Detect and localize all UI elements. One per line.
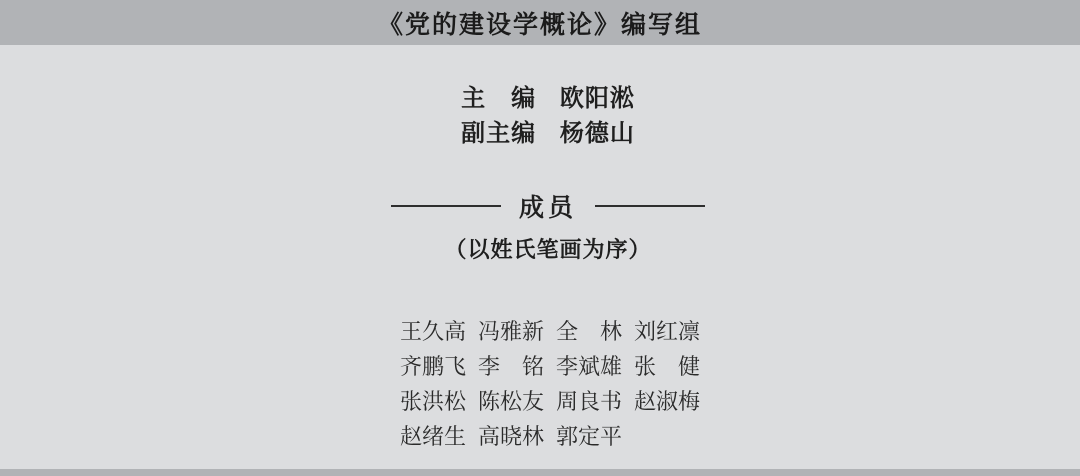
member-name: 冯雅新: [478, 314, 544, 349]
member-name: 李斌雄: [556, 349, 622, 384]
chief-editor-line: 主 编 欧阳淞: [8, 82, 1080, 117]
members-heading-label: 成员: [519, 188, 577, 224]
left-rule: [391, 205, 501, 207]
member-name: 刘红凛: [634, 314, 700, 349]
credits-page: 《党的建设学概论》编写组 主 编 欧阳淞 副主编 杨德山 成员 （以姓氏笔画为序…: [0, 0, 1080, 476]
chief-editor-name: 欧阳淞: [560, 86, 635, 112]
members-grid: 王久高 冯雅新 全 林 刘红凛 齐鹏飞 李 铭 李斌雄 张 健 张洪松 陈松友 …: [400, 314, 700, 454]
members-heading: 成员: [8, 188, 1080, 224]
chief-editor-role: 主 编: [461, 86, 536, 112]
members-sort-note: （以姓氏笔画为序）: [8, 233, 1080, 264]
member-name: 张 健: [634, 349, 700, 384]
member-name: 李 铭: [478, 349, 544, 384]
right-rule: [595, 205, 705, 207]
deputy-editor-name: 杨德山: [560, 121, 635, 147]
member-name: 王久高: [400, 314, 466, 349]
header-bar: 《党的建设学概论》编写组: [0, 0, 1080, 45]
member-row: 王久高 冯雅新 全 林 刘红凛: [400, 314, 700, 349]
bottom-bar: [0, 469, 1080, 476]
member-row: 赵绪生 高晓林 郭定平: [400, 419, 700, 454]
member-name: 高晓林: [478, 419, 544, 454]
member-name: 全 林: [556, 314, 622, 349]
member-row: 张洪松 陈松友 周良书 赵淑梅: [400, 384, 700, 419]
member-name: 周良书: [556, 384, 622, 419]
content: 主 编 欧阳淞 副主编 杨德山 成员 （以姓氏笔画为序） 王久高 冯雅新 全 林…: [8, 45, 1080, 469]
deputy-editor-role: 副主编: [461, 121, 536, 147]
deputy-editor-line: 副主编 杨德山: [8, 117, 1080, 152]
member-name: 郭定平: [556, 419, 622, 454]
member-name: 赵淑梅: [634, 384, 700, 419]
member-name: 陈松友: [478, 384, 544, 419]
member-name: 张洪松: [400, 384, 466, 419]
member-name: 赵绪生: [400, 419, 466, 454]
editors-block: 主 编 欧阳淞 副主编 杨德山: [8, 82, 1080, 152]
page-title: 《党的建设学概论》编写组: [378, 5, 702, 41]
member-row: 齐鹏飞 李 铭 李斌雄 张 健: [400, 349, 700, 384]
member-name: 齐鹏飞: [400, 349, 466, 384]
